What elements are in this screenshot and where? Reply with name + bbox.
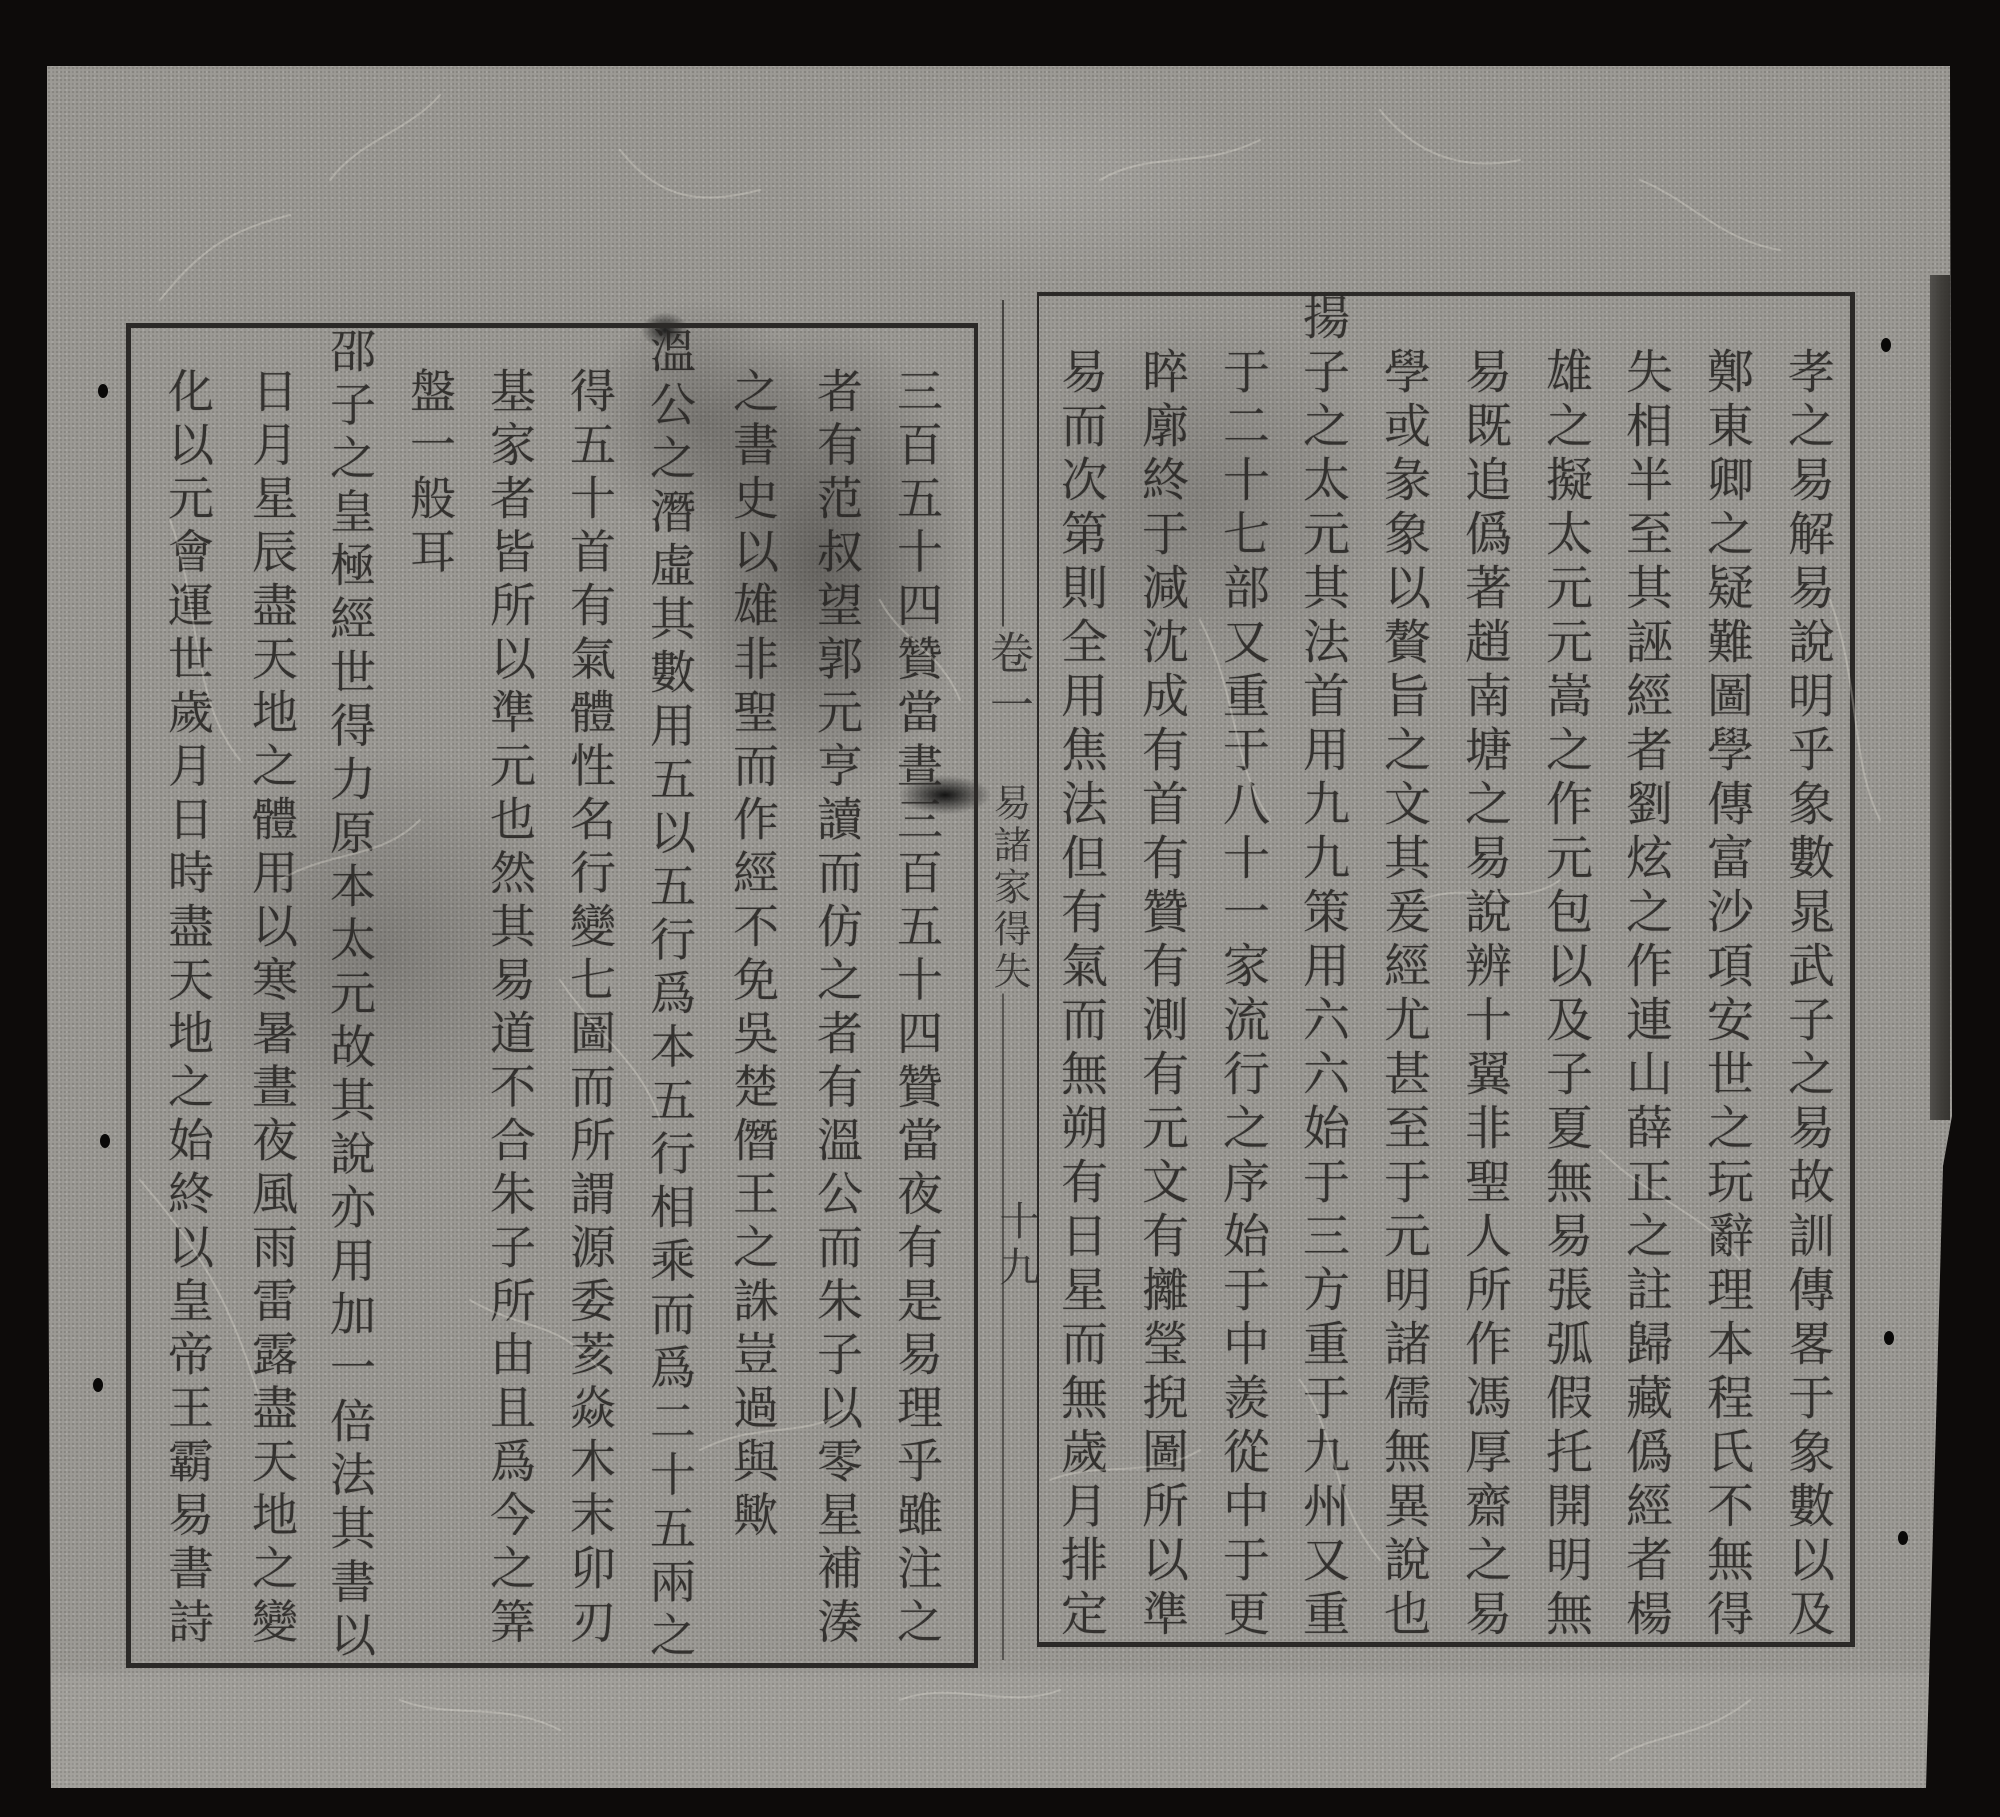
text-column: 日月星辰盡天地之體用以寒暑晝夜風雨雷露盡天地之變 (249, 367, 295, 1651)
binding-hole (1884, 1331, 1894, 1345)
text-column: 易既追僞著趙南塘之易說辨十翼非聖人所作馮厚齋之易 (1461, 347, 1508, 1643)
text-column: 化以元會運世歲月日時盡天地之始終以皇帝王霸易書詩 (165, 367, 211, 1651)
text-column: 學或彖象以贅旨之文其爰經尤甚至于元明諸儒無異說也 (1380, 347, 1427, 1643)
text-column: 睟廓終于減沈成有首有贊有測有元文有攡瑩掜圖所以準 (1138, 347, 1185, 1643)
text-column: 得五十首有氣體性名行變七圖而所謂源委荄焱木末卯刃 (567, 367, 613, 1651)
text-column: 易而次第則全用焦法但有氣而無朔有日星而無歲月排定 (1057, 347, 1104, 1643)
text-column-paragraph-start: 邵子之皇極經世得力原本太元故其說亦用加一倍法其書以 (327, 327, 373, 1665)
binding-hole (98, 384, 108, 398)
binding-hole (100, 1134, 110, 1148)
folio-number: 十九 (996, 1200, 1036, 1292)
binding-hole (1881, 338, 1891, 352)
adjacent-sheet-edge (1930, 275, 1950, 1120)
text-column: 孝之易解易說明乎象數晁武子之易故訓傳畧于象數以及 (1784, 347, 1831, 1643)
text-column: 雄之擬太元元嵩之作元包以及子夏無易張弧假托開明無 (1542, 347, 1589, 1643)
text-column: 于二十七部又重于八十一家流行之序始于中羨從中于更 (1219, 347, 1266, 1643)
text-column: 三百五十四贊當晝三百五十四贊當夜有是易理乎雖注之 (894, 367, 940, 1651)
text-column: 失相半至其誣經者劉炫之作連山薛正之註歸藏僞經者楊 (1622, 347, 1669, 1643)
text-column-paragraph-start: 揚子之太元其法首用九九策用六六始于三方重于九州又重 (1299, 293, 1346, 1643)
text-column: 之書史以雄非聖而作經不免吳楚僭王之誅豈過與歟 (730, 367, 776, 1544)
text-column: 鄭東卿之疑難圖學傳富沙項安世之玩辭理本程氏不無得 (1703, 347, 1750, 1643)
text-column: 基家者皆所以準元也然其易道不合朱子所由且爲今之筭 (487, 367, 533, 1651)
volume-label: 卷一 (985, 630, 1029, 734)
text-column-paragraph-start: 溫公之潛虛其數用五以五行爲本五行相乘而爲二十五兩之 (647, 327, 693, 1665)
binding-hole (93, 1378, 103, 1392)
text-column: 盤一般耳 (407, 367, 453, 581)
section-title: 易諸家得失 (990, 783, 1028, 993)
binding-hole (1898, 1531, 1908, 1545)
text-column: 者有范叔望郭元亨讀而仿之者有溫公而朱子以零星補湊 (814, 367, 860, 1651)
